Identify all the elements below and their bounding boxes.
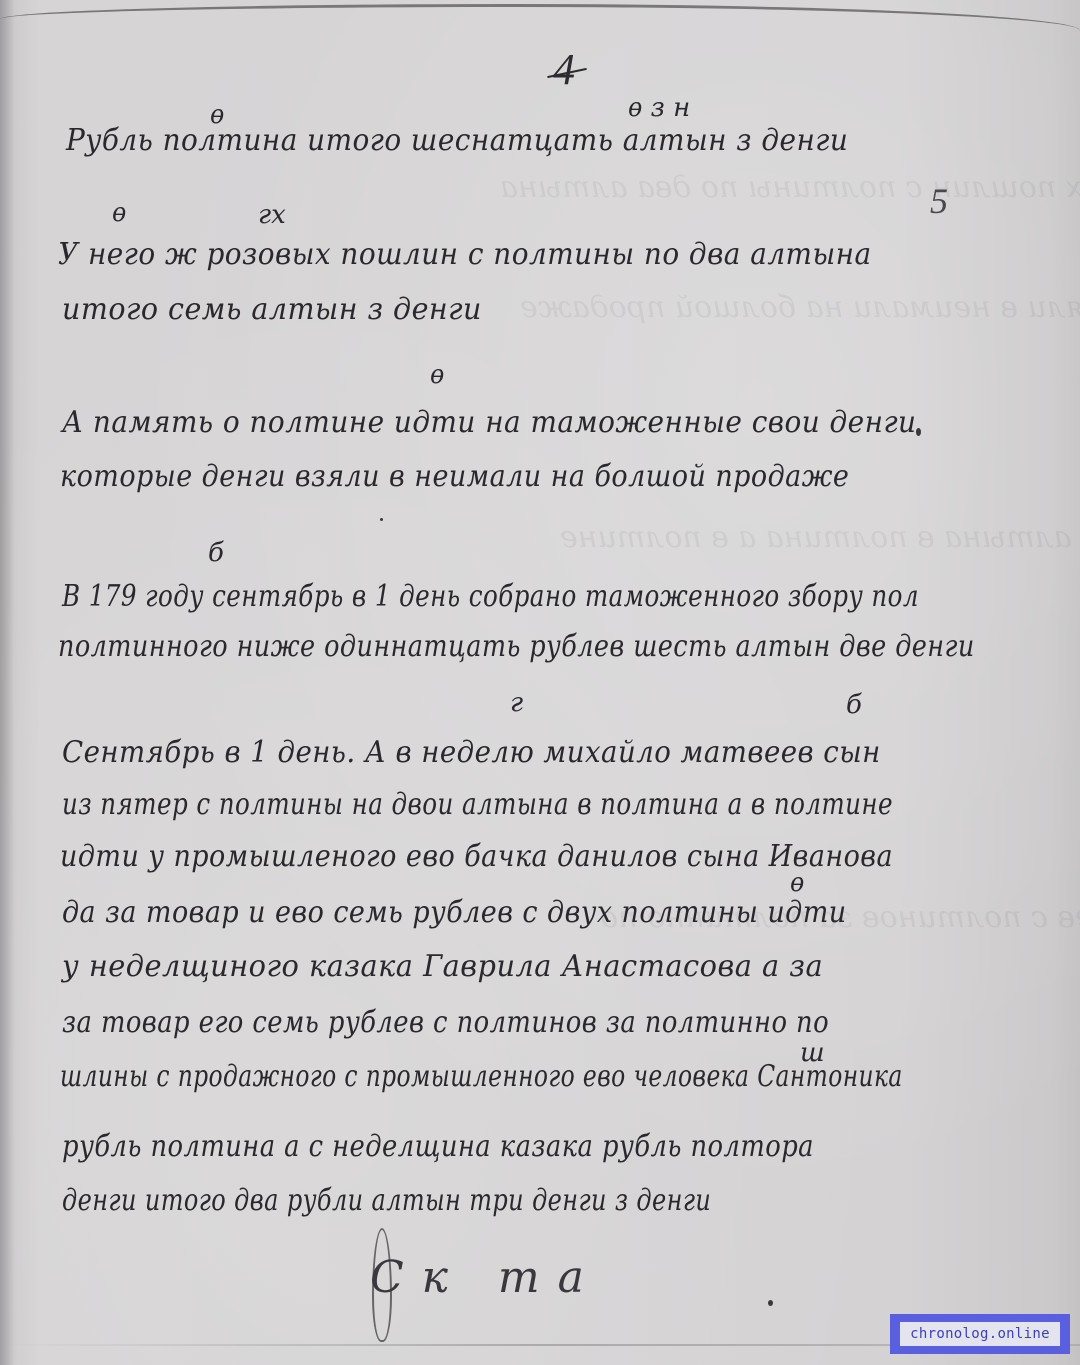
page-top-edge: [0, 4, 1080, 47]
manuscript-line-7: полтинного ниже одиннатцать рублев шесть…: [58, 632, 975, 662]
superscript-mark: г: [510, 690, 523, 716]
manuscript-line-11: да за товар и ево семь рублев с двух пол…: [62, 898, 847, 928]
manuscript-line-12: у неделщиного казака Гаврила Анастасова …: [62, 952, 823, 982]
superscript-mark: б: [208, 540, 224, 566]
superscript-mark: ѳ з н: [628, 95, 690, 121]
superscript-mark: гх: [258, 202, 286, 228]
manuscript-line-15: рубль полтина а с неделщина казака рубль…: [62, 1132, 814, 1162]
manuscript-page: У него ж розовых пошлин с полтины по два…: [0, 0, 1080, 1365]
bleed-through-text: У него ж розовых пошлин с полтины по два…: [500, 170, 1080, 205]
manuscript-line-16: денги итого два рубли алтын три денги з …: [62, 1186, 711, 1216]
manuscript-line-3: итого семь алтын з денги: [62, 295, 482, 325]
scribe-signature: Ск та: [370, 1252, 602, 1303]
manuscript-line-13: за товар его семь рублев с полтинов за п…: [62, 1008, 829, 1038]
superscript-mark: ѳ: [112, 200, 126, 226]
manuscript-line-10: идти у промышленого ево бачка данилов сы…: [60, 842, 893, 872]
ink-speck: [768, 1300, 773, 1306]
ink-speck: [380, 518, 383, 521]
manuscript-line-14: шлины с продажного с промышленного ево ч…: [60, 1062, 903, 1092]
ink-speck: [916, 428, 921, 436]
manuscript-line-1: Рубль полтина итого шеснатцать алтын з д…: [66, 126, 848, 156]
manuscript-line-6: В 179 году сентябрь в 1 день собрано там…: [62, 582, 919, 612]
superscript-mark: ѳ: [430, 362, 444, 388]
manuscript-line-8: Сентябрь в 1 день. А в неделю михайло ма…: [62, 738, 881, 768]
manuscript-line-5: которые денги взяли в неимали на болшой …: [60, 462, 849, 492]
manuscript-line-4: А память о полтине идти на таможенные св…: [62, 408, 916, 438]
bleed-through-text: которые денги взяли в неимали на болшой …: [520, 290, 1080, 325]
watermark-badge: chronolog.online: [890, 1314, 1070, 1354]
manuscript-line-9: из пятер с полтины на двои алтына в полт…: [62, 790, 893, 820]
binding-shadow: [0, 0, 14, 1365]
bleed-through-text: из пятер с полтины на двои алтына в полт…: [560, 520, 1080, 555]
superscript-mark: б: [846, 692, 862, 718]
manuscript-line-2: У него ж розовых пошлин с полтины по два…: [58, 240, 872, 270]
margin-number: 5: [930, 180, 948, 222]
folio-number: 4: [553, 48, 575, 92]
watermark-text: chronolog.online: [900, 1322, 1060, 1346]
